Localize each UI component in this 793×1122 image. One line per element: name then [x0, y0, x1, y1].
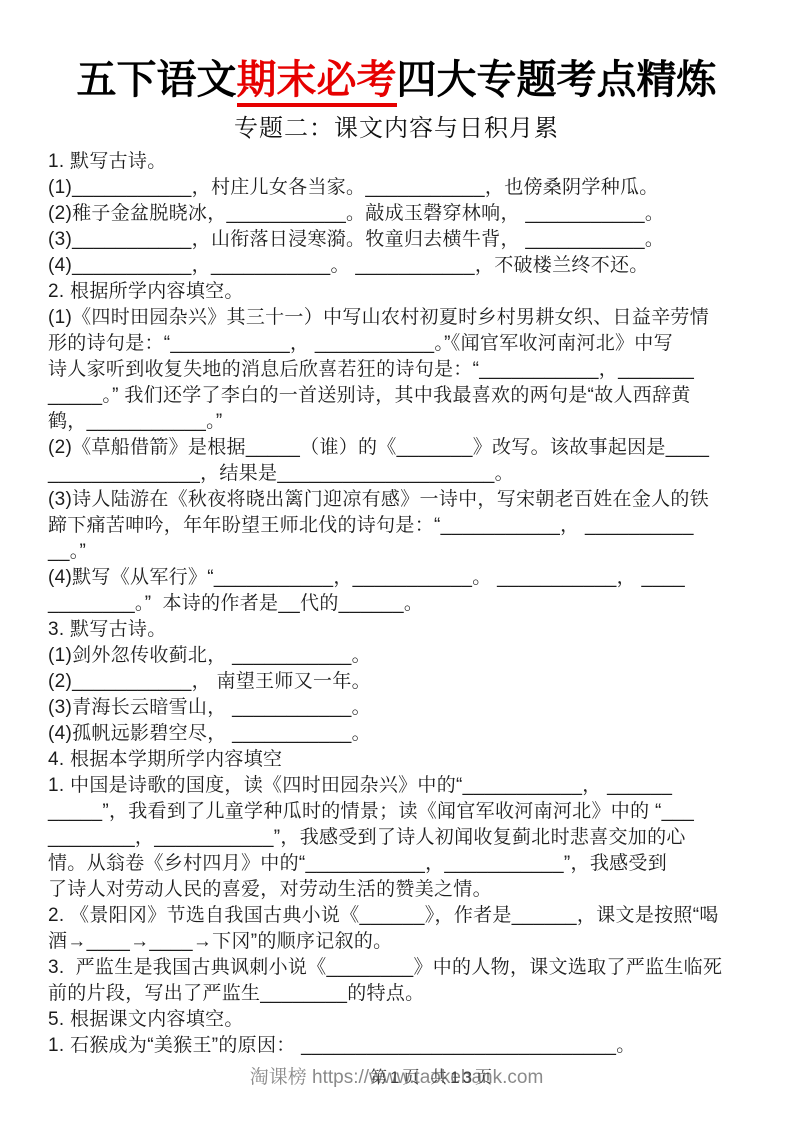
worksheet-line: ________，___________”，我感受到了诗人初闻收复蓟北时悲喜交加…	[48, 825, 793, 851]
worksheet-line: (4)默写《从军行》“___________，___________。 ____…	[48, 565, 793, 591]
worksheet-line: _____”，我看到了儿童学种瓜时的情景；读《闻官军收河南河北》中的 “___	[48, 799, 793, 825]
worksheet-line: _____。” 我们还学了李白的一首送别诗，其中我最喜欢的两句是“故人西辞黄	[48, 383, 793, 409]
page-subtitle: 专题二：课文内容与日积月累	[0, 108, 793, 143]
page-title: 五下语文期末必考四大专题考点精炼	[0, 48, 793, 105]
worksheet-line: 2. 根据所学内容填空。	[48, 279, 793, 305]
worksheet-line: 情。从翁卷《乡村四月》中的“___________，___________”，我…	[48, 851, 793, 877]
worksheet-line: (3)诗人陆游在《秋夜将晓出篱门迎凉有感》一诗中，写宋朝老百姓在金人的铁	[48, 487, 793, 513]
worksheet-line: (4)___________，___________。 ___________，…	[48, 253, 793, 279]
worksheet-line: 酒→____→____→下冈”的顺序记叙的。	[48, 929, 793, 955]
worksheet-line: 1. 默写古诗。	[48, 149, 793, 175]
worksheet-line: ________。” 本诗的作者是__代的______。	[48, 591, 793, 617]
worksheet-line: (2)___________， 南望王师又一年。	[48, 669, 793, 695]
worksheet-line: (4)孤帆远影碧空尽， ___________。	[48, 721, 793, 747]
worksheet-line: ______________，结果是____________________。	[48, 461, 793, 487]
title-highlight: 期末必考	[237, 58, 397, 107]
worksheet-line: (1)《四时田园杂兴》其三十一）中写山农村初夏时乡村男耕女织、日益辛劳情	[48, 305, 793, 331]
worksheet-line: 诗人家听到收复失地的消息后欣喜若狂的诗句是：“___________，_____…	[48, 357, 793, 383]
title-suffix: 四大专题考点精炼	[397, 58, 717, 102]
worksheet-line: 2. 《景阳冈》节选自我国古典小说《______》，作者是______，课文是按…	[48, 903, 793, 929]
worksheet-line: (2)稚子金盆脱晓冰，___________。敲成玉磬穿林响， ________…	[48, 201, 793, 227]
worksheet-line: (2)《草船借箭》是根据_____（谁）的《_______》改写。该故事起因是_…	[48, 435, 793, 461]
worksheet-line: 了诗人对劳动人民的喜爱，对劳动生活的赞美之情。	[48, 877, 793, 903]
worksheet-line: 鹤，___________。”	[48, 409, 793, 435]
worksheet-page: 五下语文期末必考四大专题考点精炼 专题二：课文内容与日积月累 1. 默写古诗。(…	[0, 0, 793, 1122]
worksheet-line: 蹄下痛苦呻吟，年年盼望王师北伐的诗句是：“___________， ______…	[48, 513, 793, 539]
worksheet-line: (1)剑外忽传收蓟北， ___________。	[48, 643, 793, 669]
title-prefix: 五下语文	[77, 58, 237, 102]
page-indicator: 第1页 共13页	[370, 1063, 495, 1088]
worksheet-body: 1. 默写古诗。(1)___________，村庄儿女各当家。_________…	[48, 149, 793, 1059]
worksheet-line: 形的诗句是：“___________， ___________。”《闻官军收河南…	[48, 331, 793, 357]
worksheet-line: 前的片段，写出了严监生________的特点。	[48, 981, 793, 1007]
worksheet-line: __。”	[48, 539, 793, 565]
worksheet-line: (3)青海长云暗雪山， ___________。	[48, 695, 793, 721]
worksheet-line: 1. 中国是诗歌的国度，读《四时田园杂兴》中的“___________， ___…	[48, 773, 793, 799]
worksheet-line: (3)___________，山衔落日浸寒漪。牧童归去横牛背， ________…	[48, 227, 793, 253]
worksheet-line: 1. 石猴成为“美猴王”的原因： _______________________…	[48, 1033, 793, 1059]
worksheet-line: 3. 严监生是我国古典讽刺小说《________》中的人物，课文选取了严监生临死	[48, 955, 793, 981]
worksheet-line: 4. 根据本学期所学内容填空	[48, 747, 793, 773]
page-footer: 淘课榜 https://www.taokebank.com 第1页 共13页	[0, 1060, 793, 1090]
worksheet-line: 5. 根据课文内容填空。	[48, 1007, 793, 1033]
worksheet-line: 3. 默写古诗。	[48, 617, 793, 643]
worksheet-line: (1)___________，村庄儿女各当家。___________，也傍桑阴学…	[48, 175, 793, 201]
